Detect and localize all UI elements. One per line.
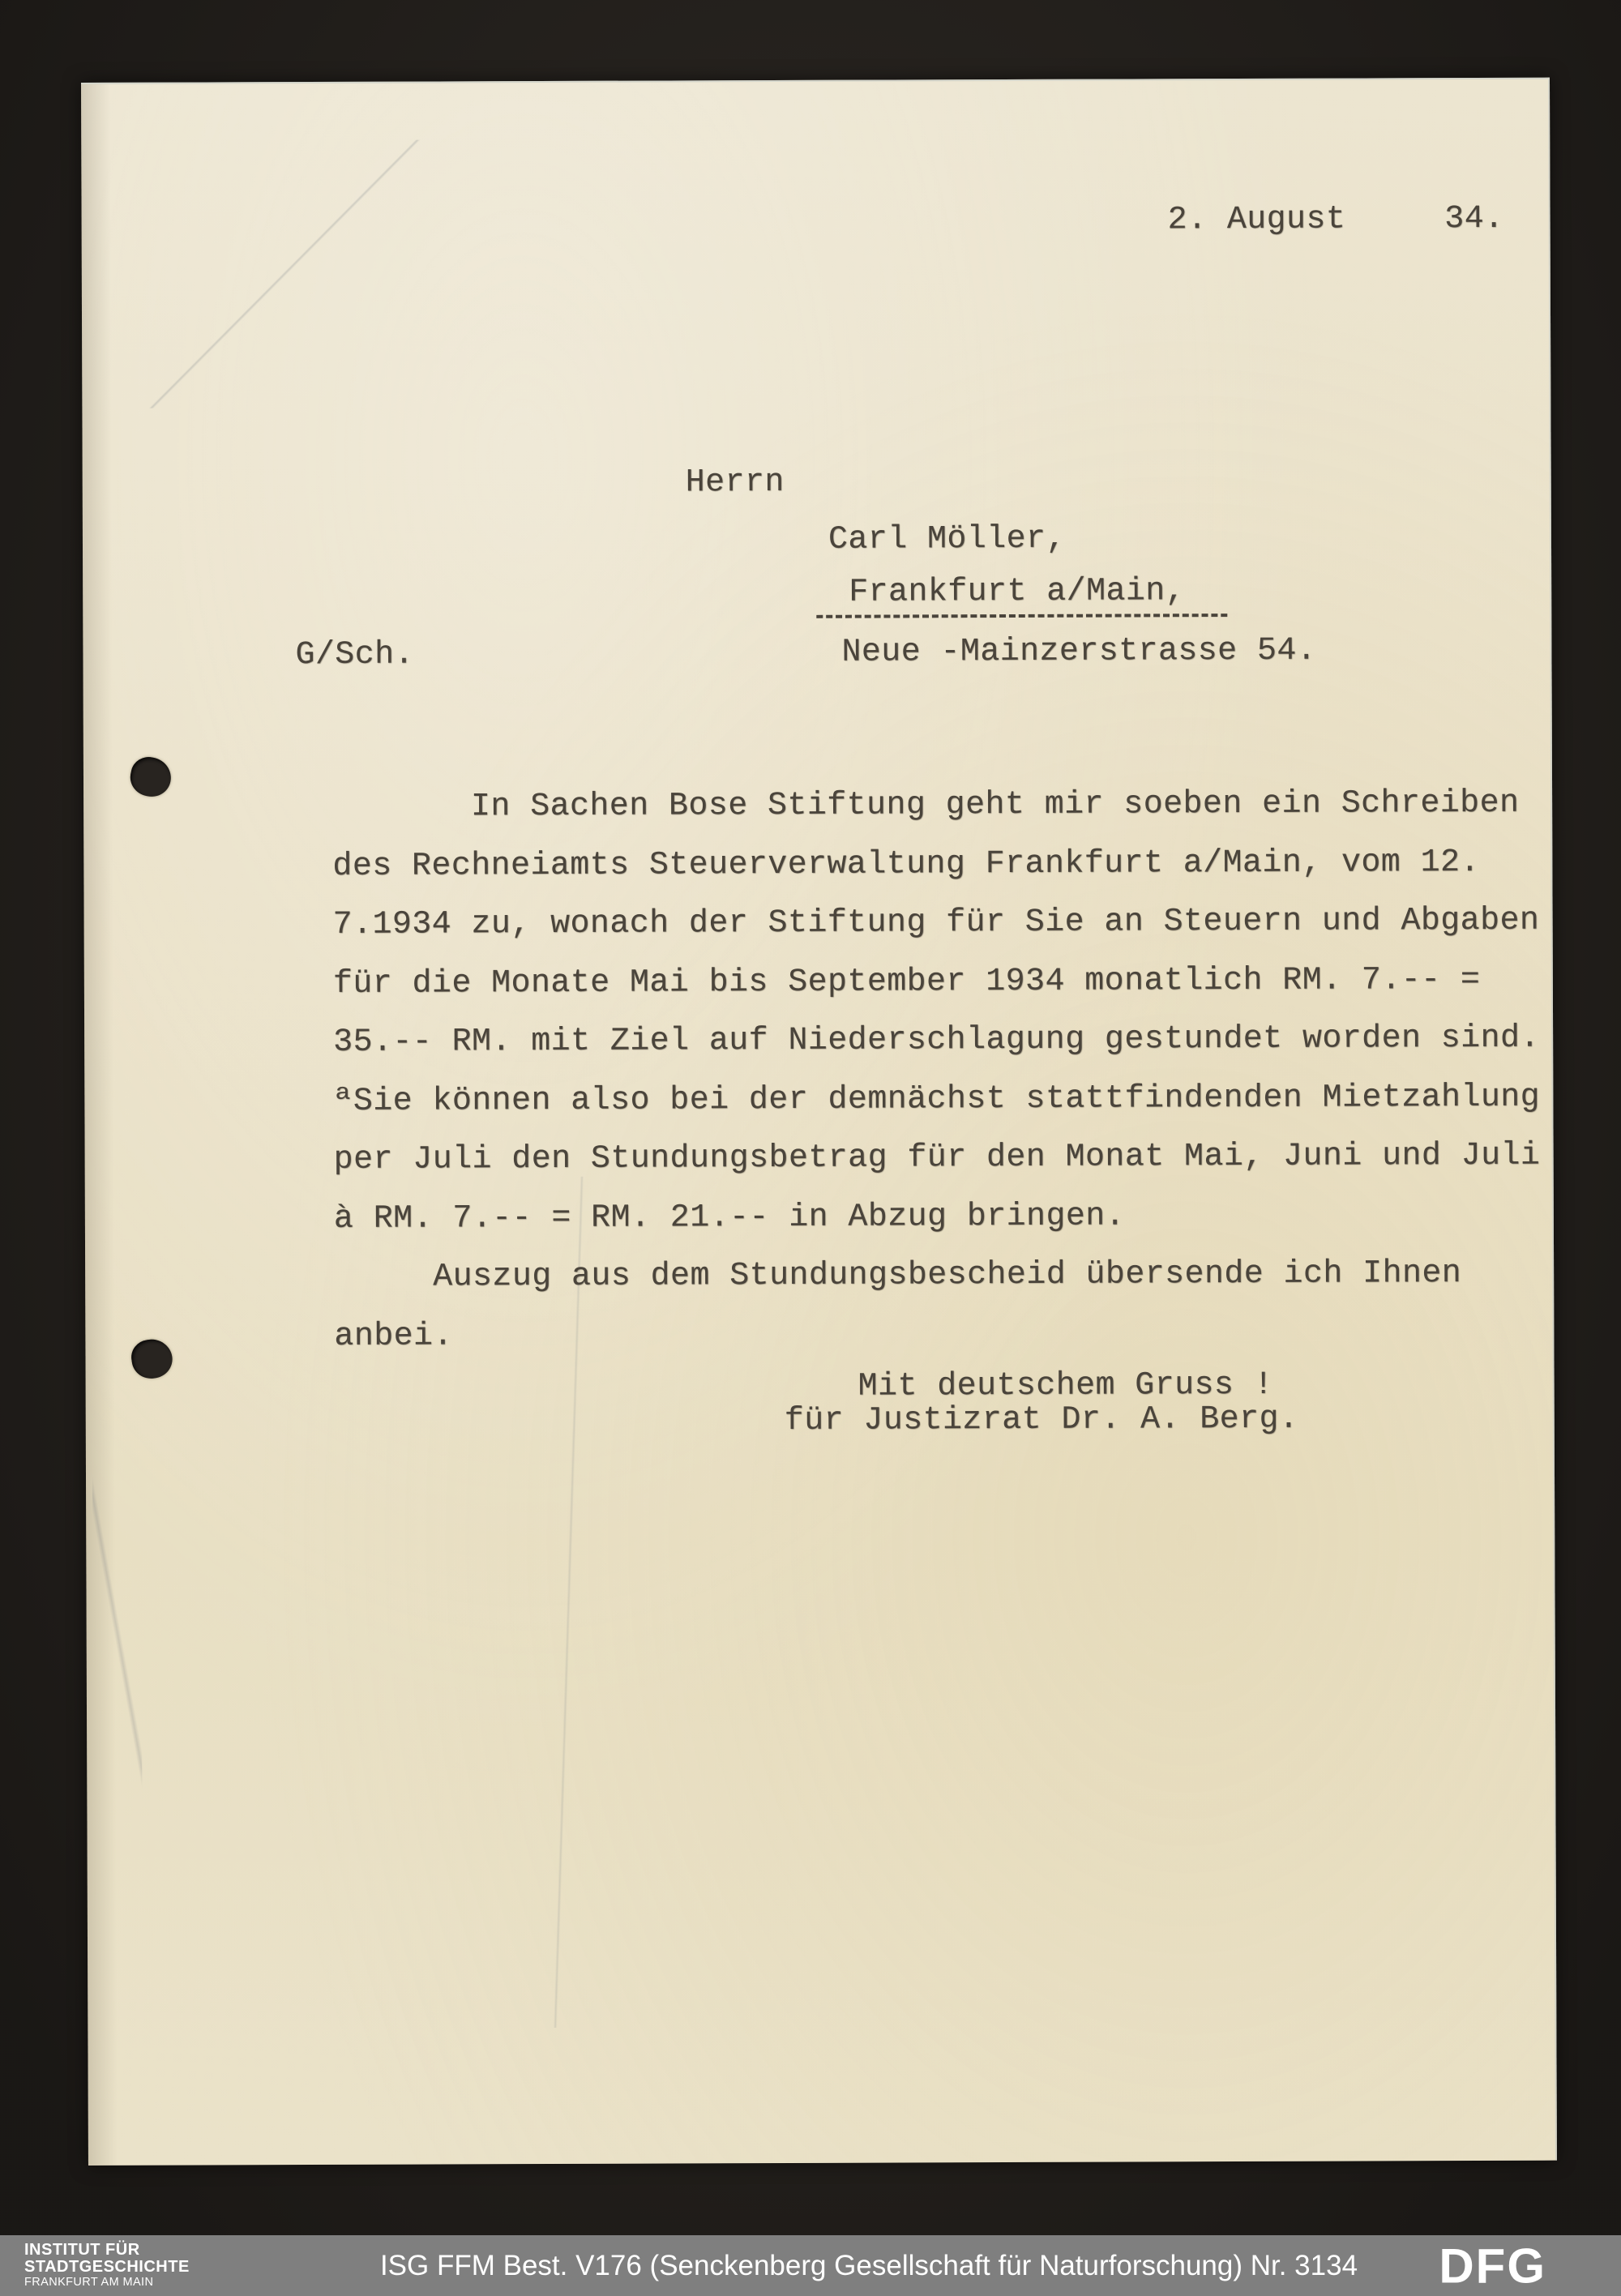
archive-reference: ISG FFM Best. V176 (Senckenberg Gesellsc…	[380, 2250, 1358, 2282]
institute-logo-line3: FRANKFURT AM MAIN	[24, 2277, 190, 2289]
letter-line: In Sachen Bose Stiftung geht mir soeben …	[332, 775, 1539, 838]
recipient-salutation: Herrn	[686, 464, 785, 502]
letter-body: In Sachen Bose Stiftung geht mir soeben …	[332, 775, 1541, 1366]
paper-crease	[92, 1446, 143, 1819]
letter-line: à RM. 7.-- = RM. 21.-- in Abzug bringen.	[334, 1186, 1541, 1249]
date-line: 2. August 34.	[1168, 201, 1504, 239]
paper-crease	[130, 139, 438, 408]
punch-hole	[127, 754, 175, 800]
reference-code: G/Sch.	[295, 637, 414, 675]
letter-line: per Juli den Stundungsbetrag für den Mon…	[334, 1127, 1541, 1191]
institute-logo-line1: INSTITUT FÜR	[24, 2242, 190, 2259]
institute-logo-line2: STADTGESCHICHTE	[24, 2259, 190, 2276]
closing-salute: Mit deutschem Gruss !	[858, 1367, 1274, 1406]
closing-signature: für Justizrat Dr. A. Berg.	[785, 1401, 1299, 1440]
letter-line: 7.1934 zu, wonach der Stiftung für Sie a…	[333, 892, 1540, 956]
punch-hole	[129, 1336, 174, 1381]
recipient-city: Frankfurt a/Main,	[816, 573, 1227, 618]
document-page: 2. August 34. Herrn Carl Möller, Frankfu…	[81, 78, 1557, 2166]
recipient-city-underlined: Frankfurt a/Main,	[816, 573, 1227, 618]
dfg-logo: DFG	[1439, 2238, 1546, 2294]
archive-footer: INSTITUT FÜR STADTGESCHICHTE FRANKFURT A…	[0, 2235, 1621, 2296]
institute-logo: INSTITUT FÜR STADTGESCHICHTE FRANKFURT A…	[24, 2242, 190, 2289]
recipient-street: Neue -Mainzerstrasse 54.	[841, 633, 1316, 672]
letter-line: Auszug aus dem Stundungsbescheid übersen…	[334, 1245, 1541, 1308]
letter-line: 35.-- RM. mit Ziel auf Niederschlagung g…	[333, 1010, 1540, 1073]
letter-line: für die Monate Mai bis September 1934 mo…	[333, 951, 1540, 1014]
letter-line: des Rechneiamts Steuerverwaltung Frankfu…	[332, 833, 1539, 896]
archive-scan-viewer: { "document": { "date_line": "2. August …	[0, 0, 1621, 2296]
letter-line: ªSie können also bei der demnächst statt…	[333, 1068, 1540, 1131]
letter-line: anbei.	[334, 1303, 1541, 1366]
recipient-name: Carl Möller,	[828, 521, 1066, 559]
